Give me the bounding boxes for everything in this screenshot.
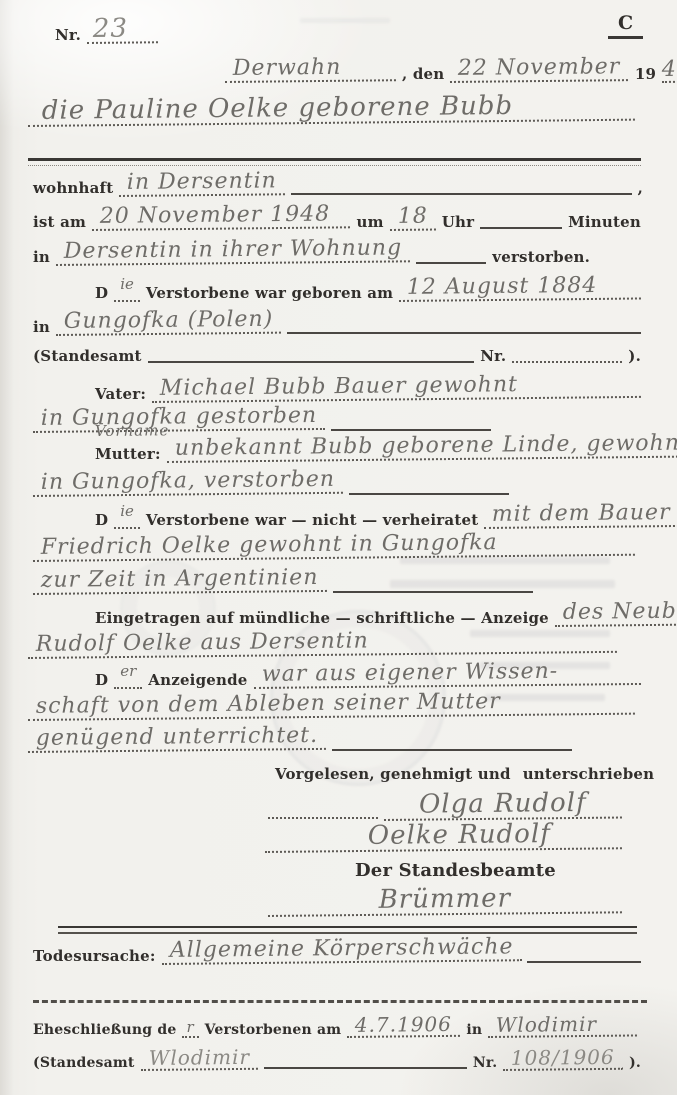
- mother-line1: unbekannt Bubb geborene Linde, gewohnt: [167, 432, 677, 463]
- registrar-title: Der Standesbeamte: [355, 860, 556, 881]
- standesamt-birth-nr-blank: [512, 361, 622, 363]
- cause-section-divider: [33, 1000, 647, 1003]
- cause-of-death-blank: [527, 961, 641, 963]
- signature-row-1: Olga Rudolf: [268, 792, 622, 821]
- death-place-value: Dersentin in ihrer Wohnung: [56, 237, 411, 266]
- signature-row-2: Oelke Rudolf: [265, 824, 622, 853]
- birth-place-row: in Gungofka (Polen): [33, 311, 641, 336]
- prior-marriage-mid-label: Verstorbenen am: [205, 1022, 342, 1038]
- residence-label: wohnhaft: [33, 179, 113, 197]
- death-place-verstorben-label: verstorben.: [492, 248, 590, 266]
- informant-hand2: schaft von dem Ableben seiner Mutter: [28, 690, 635, 721]
- marriage-blank: [333, 591, 533, 593]
- informant-row3: genügend unterrichtet.: [28, 728, 635, 753]
- marriage-rest-label: Verstorbene war — nicht — verheiratet: [146, 511, 478, 529]
- record-number-label: Nr.: [55, 26, 81, 44]
- mother-line2: in Gungofka, verstorben: [33, 469, 343, 497]
- marriage-hand2: Friedrich Oelke gewohnt in Gungofka: [33, 531, 635, 562]
- informant-blank: [332, 749, 572, 751]
- prior-close: ).: [629, 1055, 641, 1071]
- dateline-day-month: 22 November: [450, 56, 629, 83]
- prior-marriage-place: Wlodimir: [488, 1013, 637, 1038]
- birth-date-row: D ie Verstorbene war geboren am 12 Augus…: [95, 277, 641, 302]
- dateline-den-label: , den: [402, 65, 444, 83]
- father-blank: [331, 429, 491, 431]
- father-row: Vater: Michael Bubb Bauer gewohnt: [95, 378, 641, 403]
- cause-of-death-row: Todesursache: Allgemeine Körperschwäche: [33, 940, 641, 965]
- standesamt-birth-close: ).: [628, 347, 641, 365]
- birth-rest-label: Verstorbene war geboren am: [146, 284, 393, 302]
- attestation-row: Vorgelesen, genehmigt und unterschrieben: [275, 765, 637, 783]
- birth-place-in-label: in: [33, 318, 50, 336]
- prior-marriage-row: Eheschließung de r Verstorbenen am 4.7.1…: [33, 1015, 637, 1038]
- death-hour-value: 18: [389, 206, 435, 231]
- birth-d-prefix: D: [95, 284, 108, 302]
- prior-nr-label: Nr.: [473, 1055, 497, 1071]
- record-number-value: 23: [87, 15, 158, 44]
- informant-hand3: genügend unterrichtet.: [28, 725, 326, 753]
- residence-value: in Dersentin: [119, 170, 285, 197]
- marriage-d-prefix: D: [95, 511, 108, 529]
- birth-hand-insert: ie: [120, 275, 134, 293]
- report-row2: Rudolf Oelke aus Dersentin: [28, 634, 617, 659]
- registrar-signature: Brümmer: [268, 884, 622, 917]
- birth-date-value: 12 August 1884: [399, 274, 641, 302]
- record-number-row: Nr. 23: [55, 16, 205, 44]
- residence-comma: ,: [638, 179, 643, 197]
- prior-marriage-pre-label: Eheschließung de: [33, 1022, 176, 1038]
- death-minutes-blank: [480, 227, 562, 229]
- father-line2: in Gungofka gestorben: [33, 405, 326, 433]
- mother-note-row: Vorname: [95, 424, 169, 439]
- standesamt-birth-nr-label: Nr.: [480, 347, 506, 365]
- mother-label: Mutter:: [95, 445, 161, 463]
- prior-standesamt-value: Wlodimir: [140, 1047, 257, 1071]
- informant-rest-label: Anzeigende: [148, 671, 247, 689]
- death-time-minuten-label: Minuten: [568, 213, 641, 231]
- death-time-row: ist am 20 November 1948 um 18 Uhr Minute…: [33, 206, 641, 231]
- standesamt-birth-label: (Standesamt: [33, 347, 142, 365]
- prior-marriage-hand-insert: r: [186, 1018, 194, 1036]
- prior-marriage-in-label: in: [466, 1022, 482, 1038]
- death-place-row: in Dersentin in ihrer Wohnung verstorben…: [33, 241, 641, 266]
- mother-note-above: Vorname: [95, 423, 170, 439]
- informant-row2: schaft von dem Ableben seiner Mutter: [28, 696, 635, 721]
- prior-marriage-standesamt-row: (Standesamt Wlodimir Nr. 108/1906 ).: [33, 1048, 641, 1071]
- dateline-century: 19: [635, 65, 656, 83]
- deceased-name: die Pauline Oelke geborene Bubb: [28, 92, 635, 127]
- attestation-pre-label: Vorgelesen, genehmigt und: [275, 765, 511, 783]
- report-hand1: des Neubauer: [555, 600, 677, 627]
- section-divider: [28, 158, 641, 166]
- prior-nr-value: 108/1906: [503, 1047, 623, 1071]
- attestation-post-label: unterschrieben: [523, 765, 655, 783]
- informant-d-prefix: D: [95, 671, 108, 689]
- marriage-status-row: D ie Verstorbene war — nicht — verheirat…: [95, 504, 641, 529]
- father-line1: Michael Bubb Bauer gewohnt: [152, 373, 641, 403]
- marriage-row2: Friedrich Oelke gewohnt in Gungofka: [33, 537, 635, 562]
- dateline-year: 48: [662, 59, 677, 83]
- report-label: Eingetragen auf mündliche — schriftliche…: [95, 609, 549, 627]
- cause-of-death-label: Todesursache:: [33, 947, 156, 965]
- death-time-um-label: um: [357, 213, 384, 231]
- mother-row2: in Gungofka, verstorben: [33, 472, 641, 497]
- report-row: Eingetragen auf mündliche — schriftliche…: [95, 602, 641, 627]
- report-hand2: Rudolf Oelke aus Dersentin: [28, 628, 617, 659]
- signature-1: Olga Rudolf: [384, 790, 622, 821]
- death-date-value: 20 November 1948: [92, 203, 351, 231]
- marriage-row3: zur Zeit in Argentinien: [33, 570, 632, 595]
- registrar-title-row: Der Standesbeamte: [355, 860, 556, 881]
- residence-row: wohnhaft in Dersentin ,: [33, 172, 643, 197]
- informant-hand-insert: er: [120, 662, 136, 680]
- bleed-through-text: [300, 18, 390, 23]
- death-place-blank: [416, 262, 486, 264]
- prior-marriage-date: 4.7.1906: [347, 1014, 460, 1038]
- informant-row: D er Anzeigende war aus eigener Wissen-: [95, 664, 641, 689]
- dateline-row: Derwahn , den 22 November 19 48: [225, 58, 637, 83]
- death-time-ist-am-label: ist am: [33, 213, 86, 231]
- prior-standesamt-label: (Standesamt: [33, 1055, 135, 1071]
- mother-blank: [349, 493, 509, 495]
- registrar-signature-row: Brümmer: [268, 888, 622, 917]
- marriage-hand-insert: ie: [120, 502, 134, 520]
- residence-blank: [291, 193, 631, 195]
- father-label: Vater:: [95, 385, 146, 403]
- form-corner-letter: C: [608, 12, 643, 39]
- standesamt-birth-blank: [148, 361, 475, 363]
- deceased-name-row: die Pauline Oelke geborene Bubb: [28, 98, 635, 127]
- death-record-document: Nr. 23 C Derwahn , den 22 November 19 48…: [0, 0, 677, 1095]
- birth-place-blank: [287, 332, 641, 334]
- death-place-in-label: in: [33, 248, 50, 266]
- marriage-hand3: zur Zeit in Argentinien: [33, 567, 327, 595]
- signature-2: Oelke Rudolf: [265, 820, 622, 853]
- cause-of-death-value: Allgemeine Körperschwäche: [161, 936, 521, 965]
- prior-standesamt-blank: [264, 1067, 467, 1069]
- birth-place-value: Gungofka (Polen): [56, 309, 282, 336]
- dateline-place: Derwahn: [225, 56, 396, 83]
- death-time-uhr-label: Uhr: [442, 213, 475, 231]
- mother-row: Mutter: unbekannt Bubb geborene Linde, g…: [95, 438, 641, 463]
- footer-divider: [58, 926, 637, 934]
- informant-hand1: war aus eigener Wissen-: [253, 660, 641, 689]
- marriage-hand1: mit dem Bauer: [484, 502, 677, 529]
- signature1-lead-dots: [268, 817, 378, 819]
- standesamt-birth-row: (Standesamt Nr. ).: [33, 347, 641, 365]
